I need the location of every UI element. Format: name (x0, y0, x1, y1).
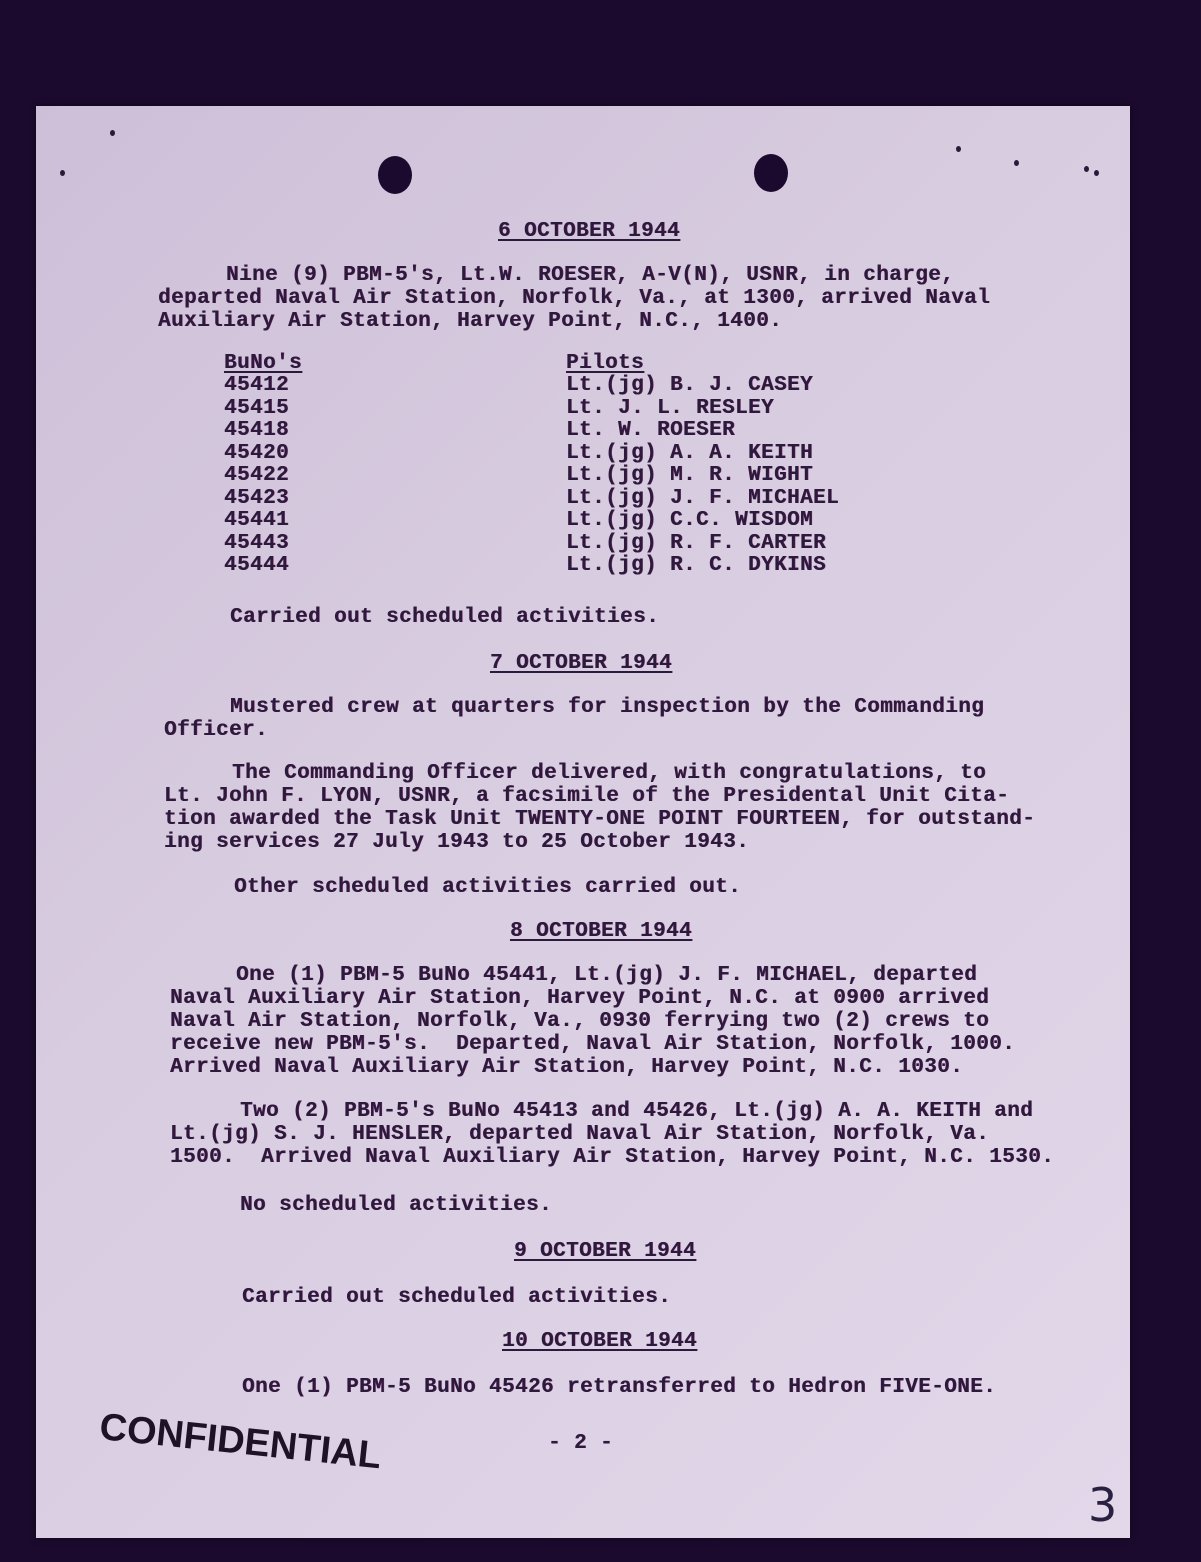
table-cell-pilot: Lt.(jg) B. J. CASEY (566, 374, 813, 397)
paragraph: Nine (9) PBM-5's, Lt.W. ROESER, A-V(N), … (158, 264, 990, 333)
table-cell-pilot: Lt.(jg) R. F. CARTER (566, 532, 826, 555)
table-cell-buno: 45444 (224, 554, 289, 577)
table-cell-buno: 45415 (224, 397, 289, 420)
speck (1014, 160, 1019, 166)
table-cell-pilot: Lt. W. ROESER (566, 419, 735, 442)
paragraph: Mustered crew at quarters for inspection… (164, 696, 984, 742)
table-cell-buno: 45441 (224, 509, 289, 532)
table-cell-buno: 45412 (224, 374, 289, 397)
punch-hole (754, 154, 788, 192)
speck (110, 130, 115, 136)
paragraph: Carried out scheduled activities. (230, 606, 659, 629)
section-date-heading: 7 OCTOBER 1944 (490, 652, 672, 675)
section-date-heading: 8 OCTOBER 1944 (510, 920, 692, 943)
table-cell-pilot: Lt.(jg) R. C. DYKINS (566, 554, 826, 577)
section-date-heading: 10 OCTOBER 1944 (502, 1330, 697, 1353)
table-cell-pilot: Lt. J. L. RESLEY (566, 397, 774, 420)
document-page: 6 OCTOBER 1944 Nine (9) PBM-5's, Lt.W. R… (36, 106, 1130, 1538)
speck (1094, 170, 1099, 176)
section-date-heading: 6 OCTOBER 1944 (498, 220, 680, 243)
table-cell-pilot: Lt.(jg) A. A. KEITH (566, 442, 813, 465)
table-header-pilots: Pilots (566, 352, 644, 375)
table-cell-buno: 45422 (224, 464, 289, 487)
table-cell-pilot: Lt.(jg) M. R. WIGHT (566, 464, 813, 487)
speck (60, 170, 65, 176)
section-date-heading: 9 OCTOBER 1944 (514, 1240, 696, 1263)
table-cell-buno: 45443 (224, 532, 289, 555)
paragraph: Carried out scheduled activities. (242, 1286, 671, 1309)
table-cell-pilot: Lt.(jg) J. F. MICHAEL (566, 487, 839, 510)
table-cell-buno: 45423 (224, 487, 289, 510)
table-header-buno: BuNo's (224, 352, 302, 375)
paragraph: No scheduled activities. (240, 1194, 552, 1217)
speck (1084, 166, 1089, 172)
paragraph: Two (2) PBM-5's BuNo 45413 and 45426, Lt… (170, 1100, 1054, 1169)
punch-hole (378, 156, 412, 194)
table-cell-buno: 45418 (224, 419, 289, 442)
handwritten-page-number: 3 (1088, 1478, 1117, 1532)
table-cell-pilot: Lt.(jg) C.C. WISDOM (566, 509, 813, 532)
paragraph: Other scheduled activities carried out. (234, 876, 741, 899)
paragraph: The Commanding Officer delivered, with c… (164, 762, 1035, 854)
table-cell-buno: 45420 (224, 442, 289, 465)
paragraph: One (1) PBM-5 BuNo 45441, Lt.(jg) J. F. … (170, 964, 1015, 1079)
confidential-stamp: CONFIDENTIAL (98, 1406, 384, 1478)
speck (956, 146, 961, 152)
paragraph: One (1) PBM-5 BuNo 45426 retransferred t… (242, 1376, 996, 1399)
page-number: - 2 - (548, 1432, 613, 1455)
